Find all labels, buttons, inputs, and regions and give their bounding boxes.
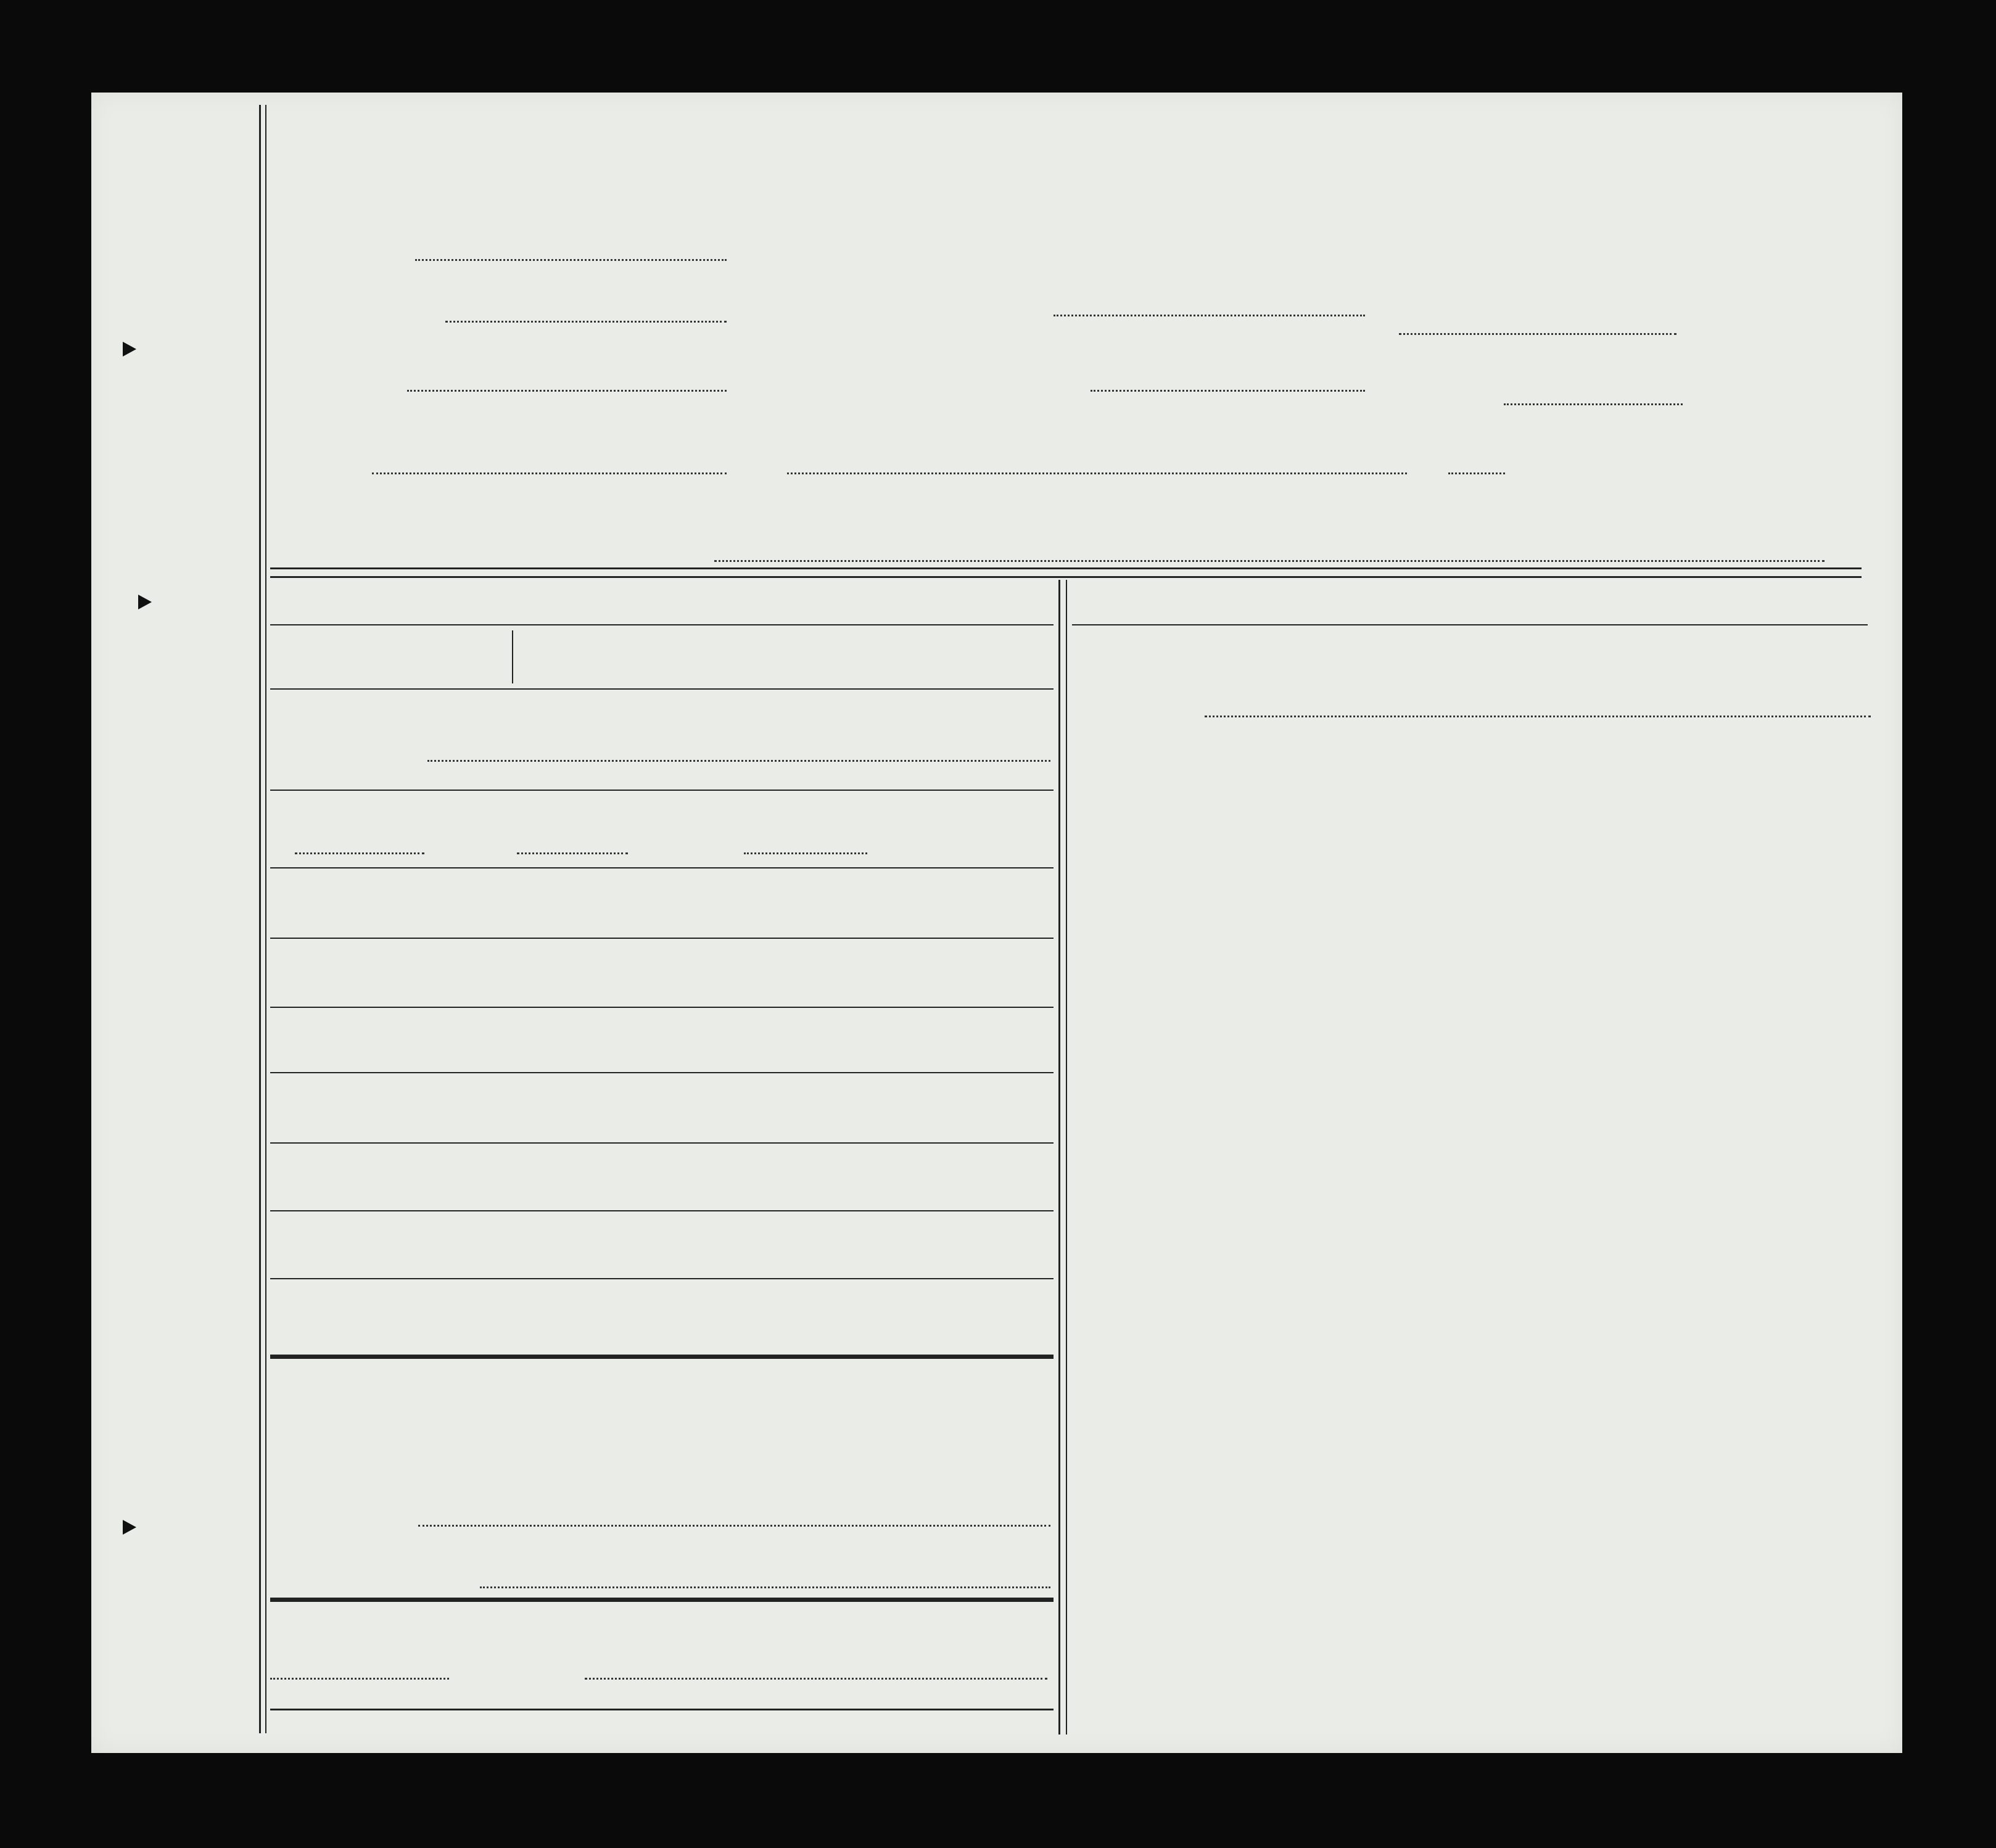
date-of-birth-field[interactable] <box>427 754 1050 762</box>
punch-hole-icon <box>123 1520 136 1535</box>
certificate-paper <box>91 93 1902 1753</box>
age-days-field[interactable] <box>744 846 867 854</box>
county-field[interactable] <box>415 253 727 261</box>
borough-field[interactable] <box>407 384 727 392</box>
informant-address-field[interactable] <box>480 1580 1050 1588</box>
township-field[interactable] <box>445 315 727 323</box>
registrar-field[interactable] <box>585 1672 1047 1680</box>
informant-field[interactable] <box>418 1519 1050 1527</box>
punch-hole-icon <box>138 595 152 609</box>
primary-registration-field[interactable] <box>1091 384 1365 392</box>
age-years-field[interactable] <box>295 846 424 854</box>
city-field[interactable] <box>372 466 727 474</box>
date-of-death-field[interactable] <box>1205 709 1871 717</box>
filed-date-field[interactable] <box>270 1672 449 1680</box>
age-months-field[interactable] <box>517 846 628 854</box>
registration-district-field[interactable] <box>1054 308 1365 316</box>
punch-hole-icon <box>123 342 136 357</box>
ward-field[interactable] <box>1448 466 1505 474</box>
street-field[interactable] <box>787 466 1407 474</box>
full-name-field[interactable] <box>714 554 1825 562</box>
